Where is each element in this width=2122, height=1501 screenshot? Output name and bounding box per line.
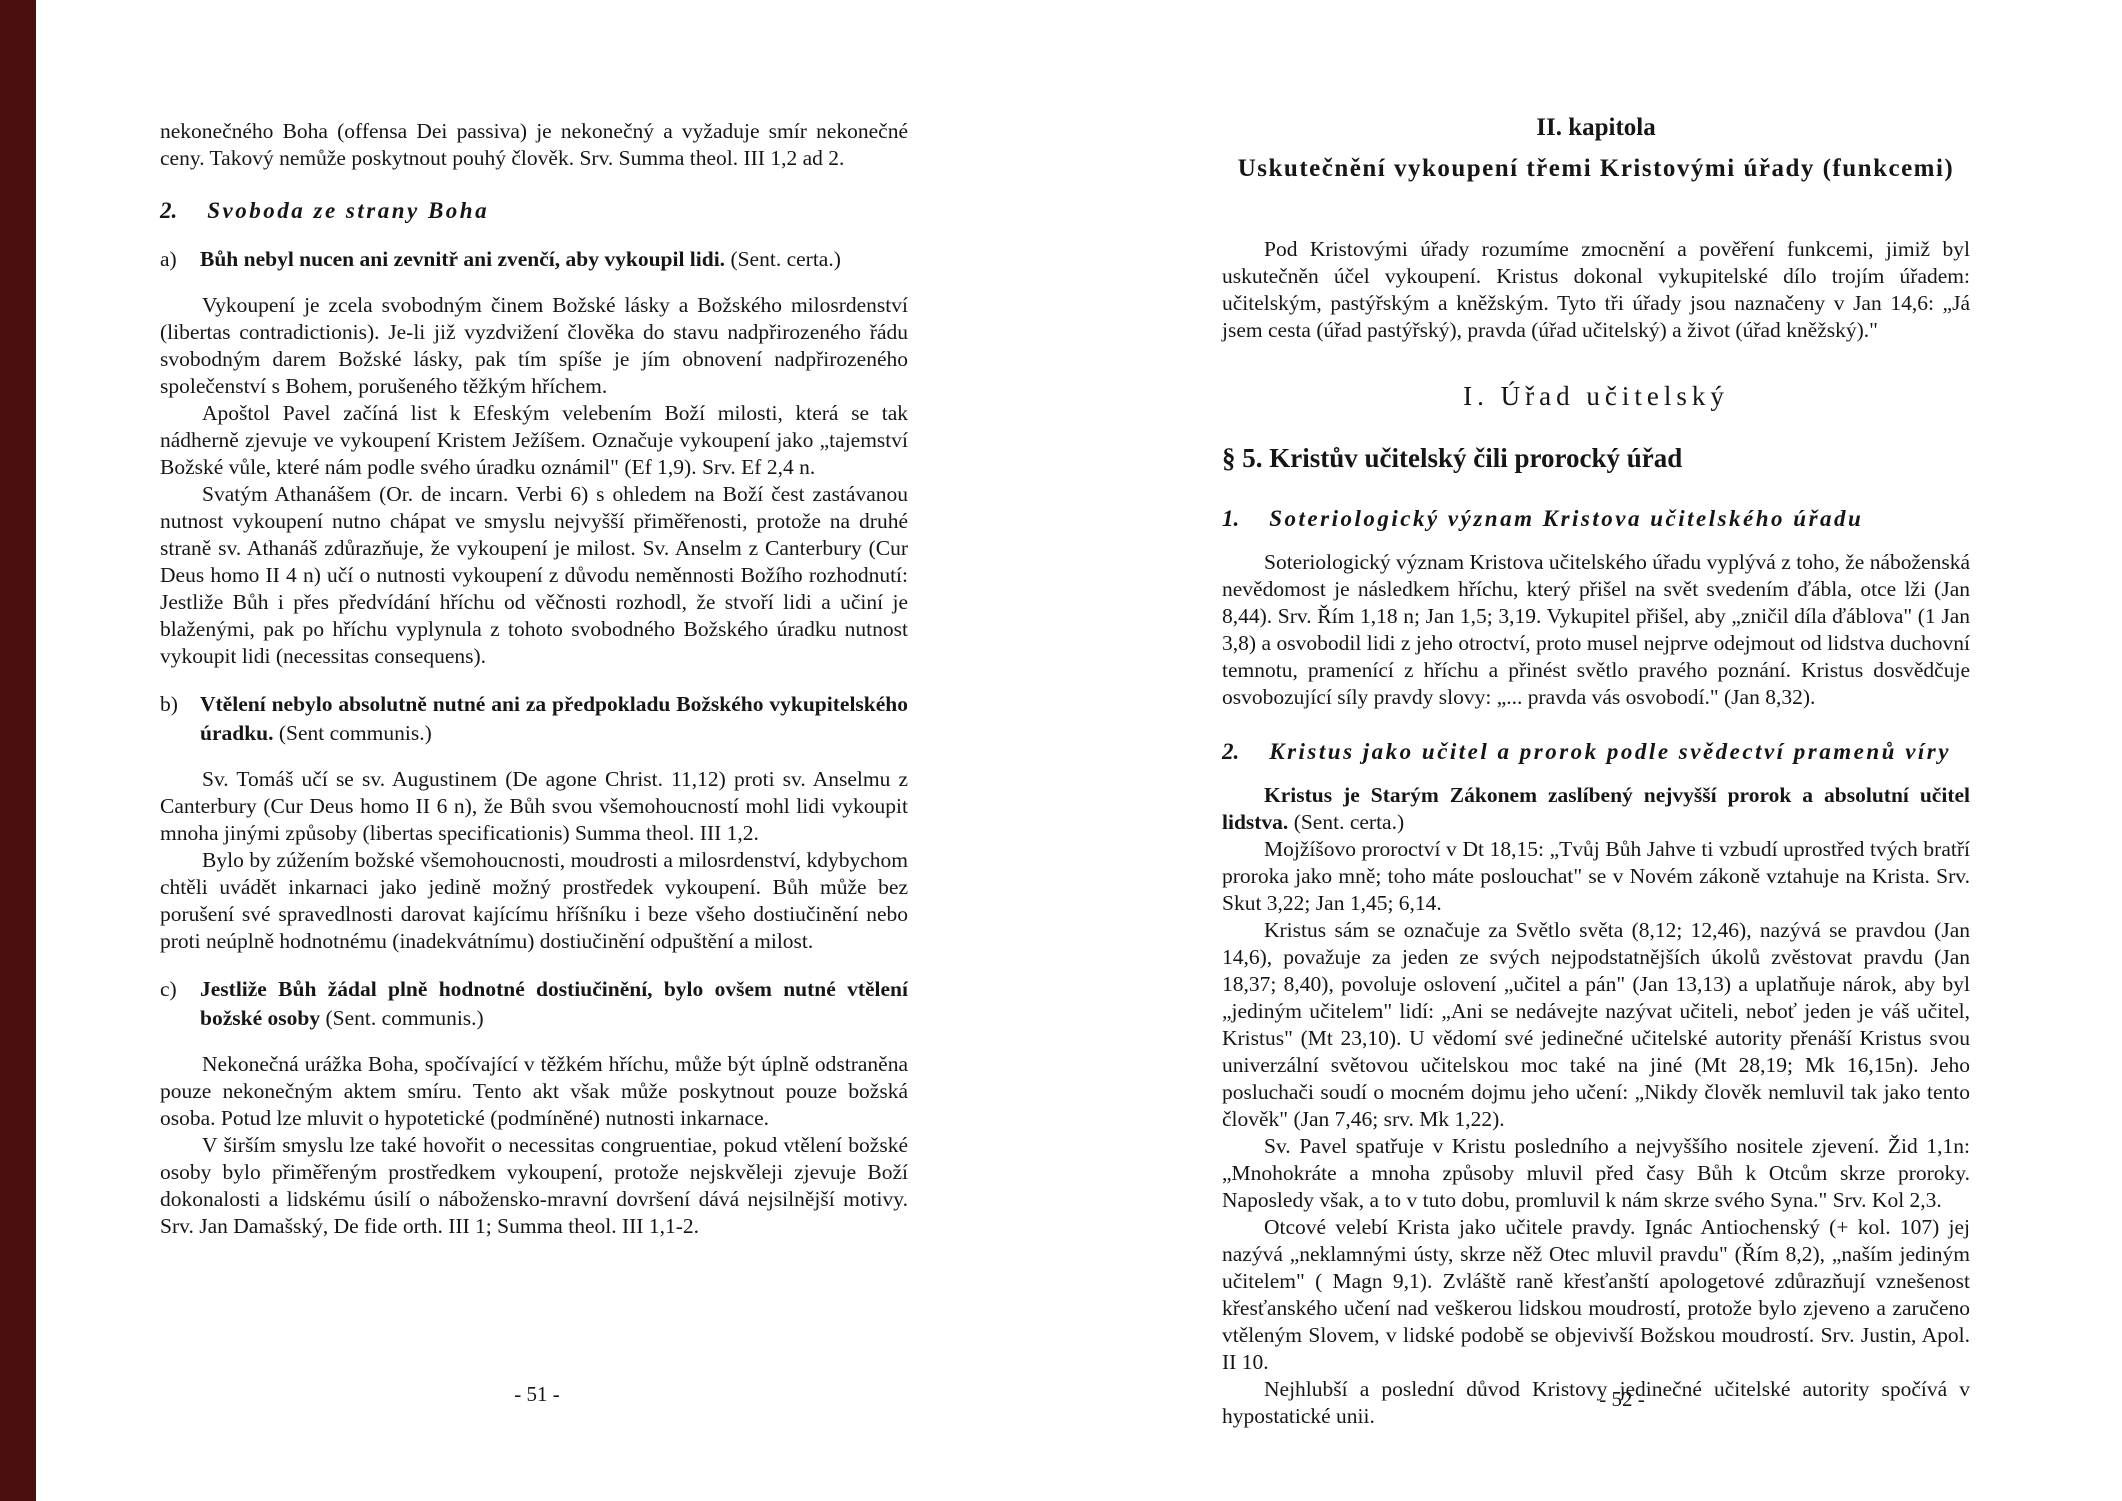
part-heading: I. Úřad učitelský	[1222, 380, 1970, 412]
thesis-lead-note: (Sent. certa.)	[1288, 810, 1404, 834]
paragraph: Otcové velebí Krista jako učitele pravdy…	[1222, 1214, 1970, 1376]
subsection-1-number: 1.	[1222, 506, 1239, 531]
thesis-c-marker: c)	[160, 975, 177, 1004]
book-spine-bar	[0, 0, 36, 1501]
page-number-right: - 52 -	[1562, 1387, 1682, 1412]
chapter-label: II. kapitola	[1222, 112, 1970, 143]
thesis-lead-paragraph: Kristus je Starým Zákonem zaslíbený nejv…	[1222, 782, 1970, 836]
paragraph: Svatým Athanášem (Or. de incarn. Verbi 6…	[160, 481, 908, 670]
subsection-heading-2: 2.Kristus jako učitel a prorok podle svě…	[1222, 737, 1970, 766]
thesis-b: b)Vtělení nebylo absolutně nutné ani za …	[160, 690, 908, 748]
paragraph: V širším smyslu lze také hovořit o neces…	[160, 1132, 908, 1240]
subsection-heading-1: 1.Soteriologický význam Kristova učitels…	[1222, 504, 1970, 533]
thesis-c: c)Jestliže Bůh žádal plně hodnotné dosti…	[160, 975, 908, 1033]
page-number-left: - 51 -	[477, 1382, 597, 1407]
paragraph: Bylo by zúžením božské všemohoucnosti, m…	[160, 847, 908, 955]
chapter-intro-paragraph: Pod Kristovými úřady rozumíme zmocnění a…	[1222, 236, 1970, 344]
thesis-a-text: Bůh nebyl nucen ani zevnitř ani zvenčí, …	[200, 247, 725, 271]
paragraph: Sv. Pavel spatřuje v Kristu posledního a…	[1222, 1133, 1970, 1214]
subsection-2-number: 2.	[1222, 739, 1239, 764]
thesis-c-text: Jestliže Bůh žádal plně hodnotné dostiuč…	[200, 977, 908, 1030]
paragraph: Soteriologický význam Kristova učitelské…	[1222, 549, 1970, 711]
paragraph: Kristus sám se označuje za Světlo světa …	[1222, 917, 1970, 1133]
paragraph: Sv. Tomáš učí se sv. Augustinem (De agon…	[160, 766, 908, 847]
thesis-b-marker: b)	[160, 690, 178, 719]
subsection-1-title: Soteriologický význam Kristova učitelské…	[1269, 506, 1863, 531]
page-left: nekonečného Boha (offensa Dei passiva) j…	[160, 0, 908, 1240]
thesis-a: a)Bůh nebyl nucen ani zevnitř ani zvenčí…	[160, 245, 908, 274]
paragraph-5-heading: § 5. Kristův učitelský čili prorocký úřa…	[1222, 442, 1970, 474]
section-heading-2: 2.Svoboda ze strany Boha	[160, 196, 908, 225]
section-title: Svoboda ze strany Boha	[207, 198, 489, 223]
paragraph: Apoštol Pavel začíná list k Efeským vele…	[160, 400, 908, 481]
chapter-title: Uskutečnění vykoupení třemi Kristovými ú…	[1222, 153, 1970, 184]
thesis-c-note: (Sent. communis.)	[320, 1006, 484, 1030]
thesis-a-note: (Sent. certa.)	[725, 247, 841, 271]
thesis-b-note: (Sent communis.)	[274, 721, 432, 745]
paragraph: Nekonečná urážka Boha, spočívající v těž…	[160, 1051, 908, 1132]
book-spread: nekonečného Boha (offensa Dei passiva) j…	[0, 0, 2122, 1501]
paragraph: Vykoupení je zcela svobodným činem Božsk…	[160, 292, 908, 400]
thesis-a-marker: a)	[160, 245, 177, 274]
page-right: II. kapitola Uskutečnění vykoupení třemi…	[1222, 0, 1970, 1430]
continuation-paragraph: nekonečného Boha (offensa Dei passiva) j…	[160, 118, 908, 172]
section-number: 2.	[160, 198, 177, 223]
subsection-2-title: Kristus jako učitel a prorok podle svěde…	[1269, 739, 1951, 764]
paragraph: Mojžíšovo proroctví v Dt 18,15: „Tvůj Bů…	[1222, 836, 1970, 917]
